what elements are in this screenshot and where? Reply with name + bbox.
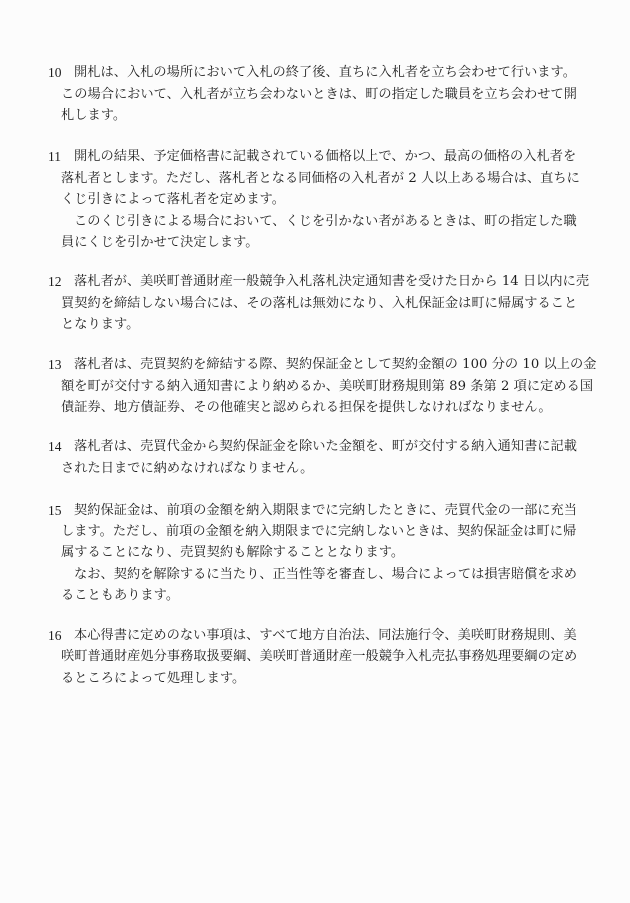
clause-text: 契約保証金は、前項の金額を納入期限までに完納したときに、売買代金の一部に充当 [74, 500, 577, 522]
clause-text: なお、契約を解除するに当たり、正当性等を審査し、場合によっては損害賠償を求め [74, 564, 577, 586]
clause-number: 16 [48, 625, 72, 647]
clause-number: 13 [48, 354, 72, 376]
clause-text: 員にくじを引かせて決定します。 [61, 232, 259, 254]
clause-number: 15 [48, 500, 72, 522]
clause-number: 11 [48, 146, 72, 168]
clause-text: 開札の結果、予定価格書に記載されている価格以上で、かつ、最高の価格の入札者を [74, 146, 576, 168]
clause-text: 落札者とします。ただし、落札者となる同価格の入札者が 2 人以上ある場合は、直ち… [61, 168, 580, 190]
clause-text: 札します。 [61, 105, 126, 127]
clause-text: された日までに納めなければなりません。 [61, 458, 313, 480]
clause-text: 属することになり、売買契約も解除することとなります。 [61, 542, 404, 564]
clause-text: 開札は、入札の場所において入札の終了後、直ちに入札者を立ち会わせて行います。 [74, 62, 576, 84]
clause-number: 14 [48, 436, 72, 458]
clause-text: 咲町普通財産処分事務取扱要綱、美咲町普通財産一般競争入札売払事務処理要綱の定め [61, 646, 577, 668]
clause-text: 買契約を締結しない場合には、その落札は無効になり、入札保証金は町に帰属すること [61, 293, 577, 315]
clause-text: この場合において、入札者が立ち会わないときは、町の指定した職員を立ち会わせて開 [61, 84, 577, 106]
clause-text: します。ただし、前項の金額を納入期限までに完納しないときは、契約保証金は町に帰 [61, 521, 576, 543]
clause-text: 本心得書に定めのない事項は、すべて地方自治法、同法施行令、美咲町財務規則、美 [74, 625, 577, 647]
clause-number: 12 [48, 271, 72, 293]
clause-text: るところによって処理します。 [61, 668, 245, 690]
clause-number: 10 [48, 62, 72, 84]
clause-text: 落札者は、売買契約を締結する際、契約保証金として契約金額の 100 分の 10 … [74, 354, 596, 376]
clause-text: ることもあります。 [61, 585, 179, 607]
clause-text: となります。 [61, 314, 139, 336]
clause-text: 債証券、地方債証券、その他確実と認められる担保を提供しなければなりません。 [61, 397, 552, 419]
clause-text: 額を町が交付する納入通知書により納めるか、美咲町財務規則第 89 条第 2 項に… [61, 376, 593, 398]
clause-text: このくじ引きによる場合において、くじを引かない者があるときは、町の指定した職 [74, 211, 577, 233]
clause-text: 落札者が、美咲町普通財産一般競争入札落札決定通知書を受けた日から 14 日以内に… [74, 271, 589, 293]
document-page: 10 開札は、入札の場所において入札の終了後、直ちに入札者を立ち会わせて行います… [0, 0, 630, 903]
clause-text: 落札者は、売買代金から契約保証金を除いた金額を、町が交付する納入通知書に記載 [74, 436, 577, 458]
clause-text: くじ引きによって落札者を定めます。 [61, 189, 285, 211]
